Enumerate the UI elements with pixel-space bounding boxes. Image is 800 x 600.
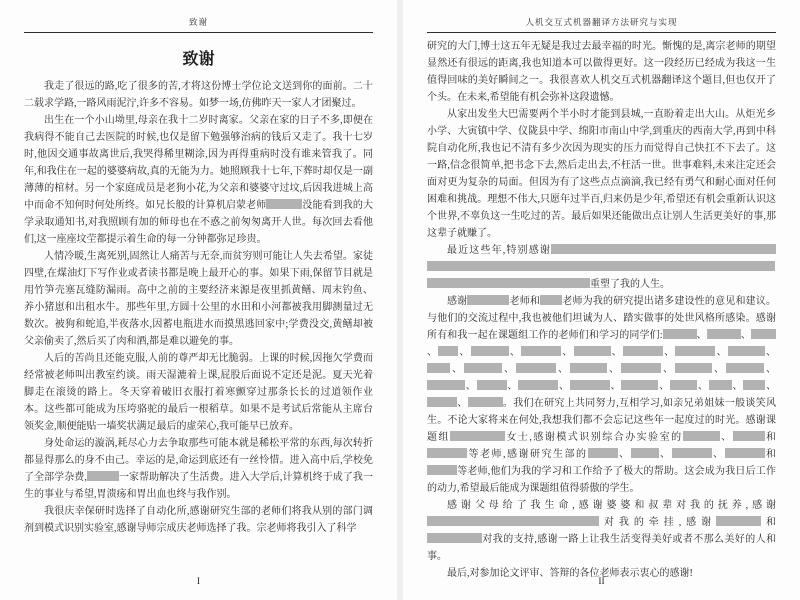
redaction-box: [427, 278, 590, 288]
redaction-box: [709, 380, 732, 390]
redaction-box: [427, 380, 465, 390]
redaction-box: [467, 295, 509, 305]
page-number-right: II: [403, 577, 800, 587]
header-rule-left: [24, 32, 373, 33]
redaction-box: [527, 516, 599, 526]
redaction-box: [716, 516, 761, 526]
paragraph: 人后的苦尚且还能克服,人前的尊严却无比脆弱。上课的时候,因拖欠学费而经常被老师叫…: [24, 350, 373, 435]
redaction-box: [751, 329, 776, 339]
paragraph: 出生在一个小山坳里,母亲在我十二岁时离家。父亲在家的日子不多,即便在我病得不能自…: [24, 112, 373, 248]
redaction-box: [427, 261, 775, 271]
redaction-box: [743, 380, 765, 390]
paragraph: 从家出发坐大巴需要两个半小时才能到县城,一直盼着走出大山。从炬光乡小学、大寅镇中…: [427, 106, 776, 242]
paragraph: 我很庆幸保研时选择了自动化所,感谢研究生部的老师们将我从别的部门调剂到模式识别实…: [24, 503, 373, 537]
paragraph: 感谢父母给了我生命,感谢婆婆和叔辈对我的抚养,感谢对我的牵挂,感谢和对我的支持,…: [427, 497, 776, 565]
redaction-box: [427, 533, 482, 543]
redaction-box: [574, 346, 611, 356]
redaction-box: [521, 346, 561, 356]
page-content-left: 我走了很远的路,吃了很多的苦,才将这份博士学位论文送到你的面前。二十二载求学路,…: [24, 78, 373, 537]
header-rule-right: [427, 32, 776, 33]
redaction-box: [570, 363, 607, 373]
redaction-box: [621, 380, 658, 390]
paragraph: 最近这些年,特别感谢重塑了我的人生。: [427, 242, 776, 293]
redaction-box: [518, 380, 558, 390]
redaction-box: [438, 346, 458, 356]
redaction-box: [468, 397, 503, 407]
redaction-box: [670, 380, 697, 390]
redaction-box: [707, 329, 741, 339]
redaction-box: [725, 448, 765, 458]
page-number-left: I: [0, 577, 397, 587]
redaction-box: [450, 431, 505, 441]
redaction-box: [728, 346, 765, 356]
paragraph: 感谢老师和老师为我的研究提出诸多建设性的意见和建议。与他们的交流过程中,我也被他…: [427, 293, 776, 497]
redaction-box: [427, 516, 527, 526]
redaction-box: [683, 431, 720, 441]
redaction-box: [540, 295, 562, 305]
page-right: 人机交互式机器翻译方法研究与实现 研究的大门,博士这五年无疑是我过去最幸福的时光…: [403, 0, 800, 600]
page-left: 致谢 致谢 我走了很远的路,吃了很多的苦,才将这份博士学位论文送到你的面前。二十…: [0, 0, 397, 600]
redaction-box: [675, 363, 712, 373]
redaction-box: [516, 363, 556, 373]
redaction-box: [427, 448, 467, 458]
redaction-box: [663, 329, 697, 339]
paragraph: 我走了很远的路,吃了很多的苦,才将这份博士学位论文送到你的面前。二十二载求学路,…: [24, 78, 373, 112]
redaction-box: [726, 363, 764, 373]
redaction-box: [631, 448, 659, 458]
redaction-box: [672, 448, 712, 458]
paragraph: 身处命运的漩涡,耗尽心力去争取那些可能本就是稀松平常的东西,每次转折都显得那么的…: [24, 435, 373, 503]
redaction-box: [733, 431, 765, 441]
redaction-box: [570, 380, 610, 390]
redaction-box: [266, 199, 302, 209]
paragraph: 人情冷暖,生离死别,固然让人痛苦与无奈,而贫穷则可能让人失去希望。家徒四壁,在煤…: [24, 248, 373, 350]
document-spread: 致谢 致谢 我走了很远的路,吃了很多的苦,才将这份博士学位论文送到你的面前。二十…: [0, 0, 800, 600]
paragraph: 研究的大门,博士这五年无疑是我过去最幸福的时光。惭愧的是,离宗老师的期望显然还有…: [427, 38, 776, 106]
redaction-box: [623, 346, 663, 356]
redaction-box: [675, 346, 715, 356]
redaction-box: [87, 471, 119, 481]
redaction-box: [464, 363, 502, 373]
redaction-box: [471, 346, 509, 356]
redaction-box: [588, 448, 618, 458]
redaction-box: [551, 244, 776, 254]
page-content-right: 研究的大门,博士这五年无疑是我过去最幸福的时光。惭愧的是,离宗老师的期望显然还有…: [427, 38, 776, 582]
running-header-right: 人机交互式机器翻译方法研究与实现: [427, 0, 776, 27]
redaction-box: [477, 380, 507, 390]
running-header-left: 致谢: [24, 0, 373, 27]
redaction-box: [427, 363, 450, 373]
redaction-box: [427, 465, 457, 475]
chapter-title: 致谢: [24, 46, 373, 69]
redaction-box: [621, 363, 661, 373]
redaction-box: [427, 397, 457, 407]
